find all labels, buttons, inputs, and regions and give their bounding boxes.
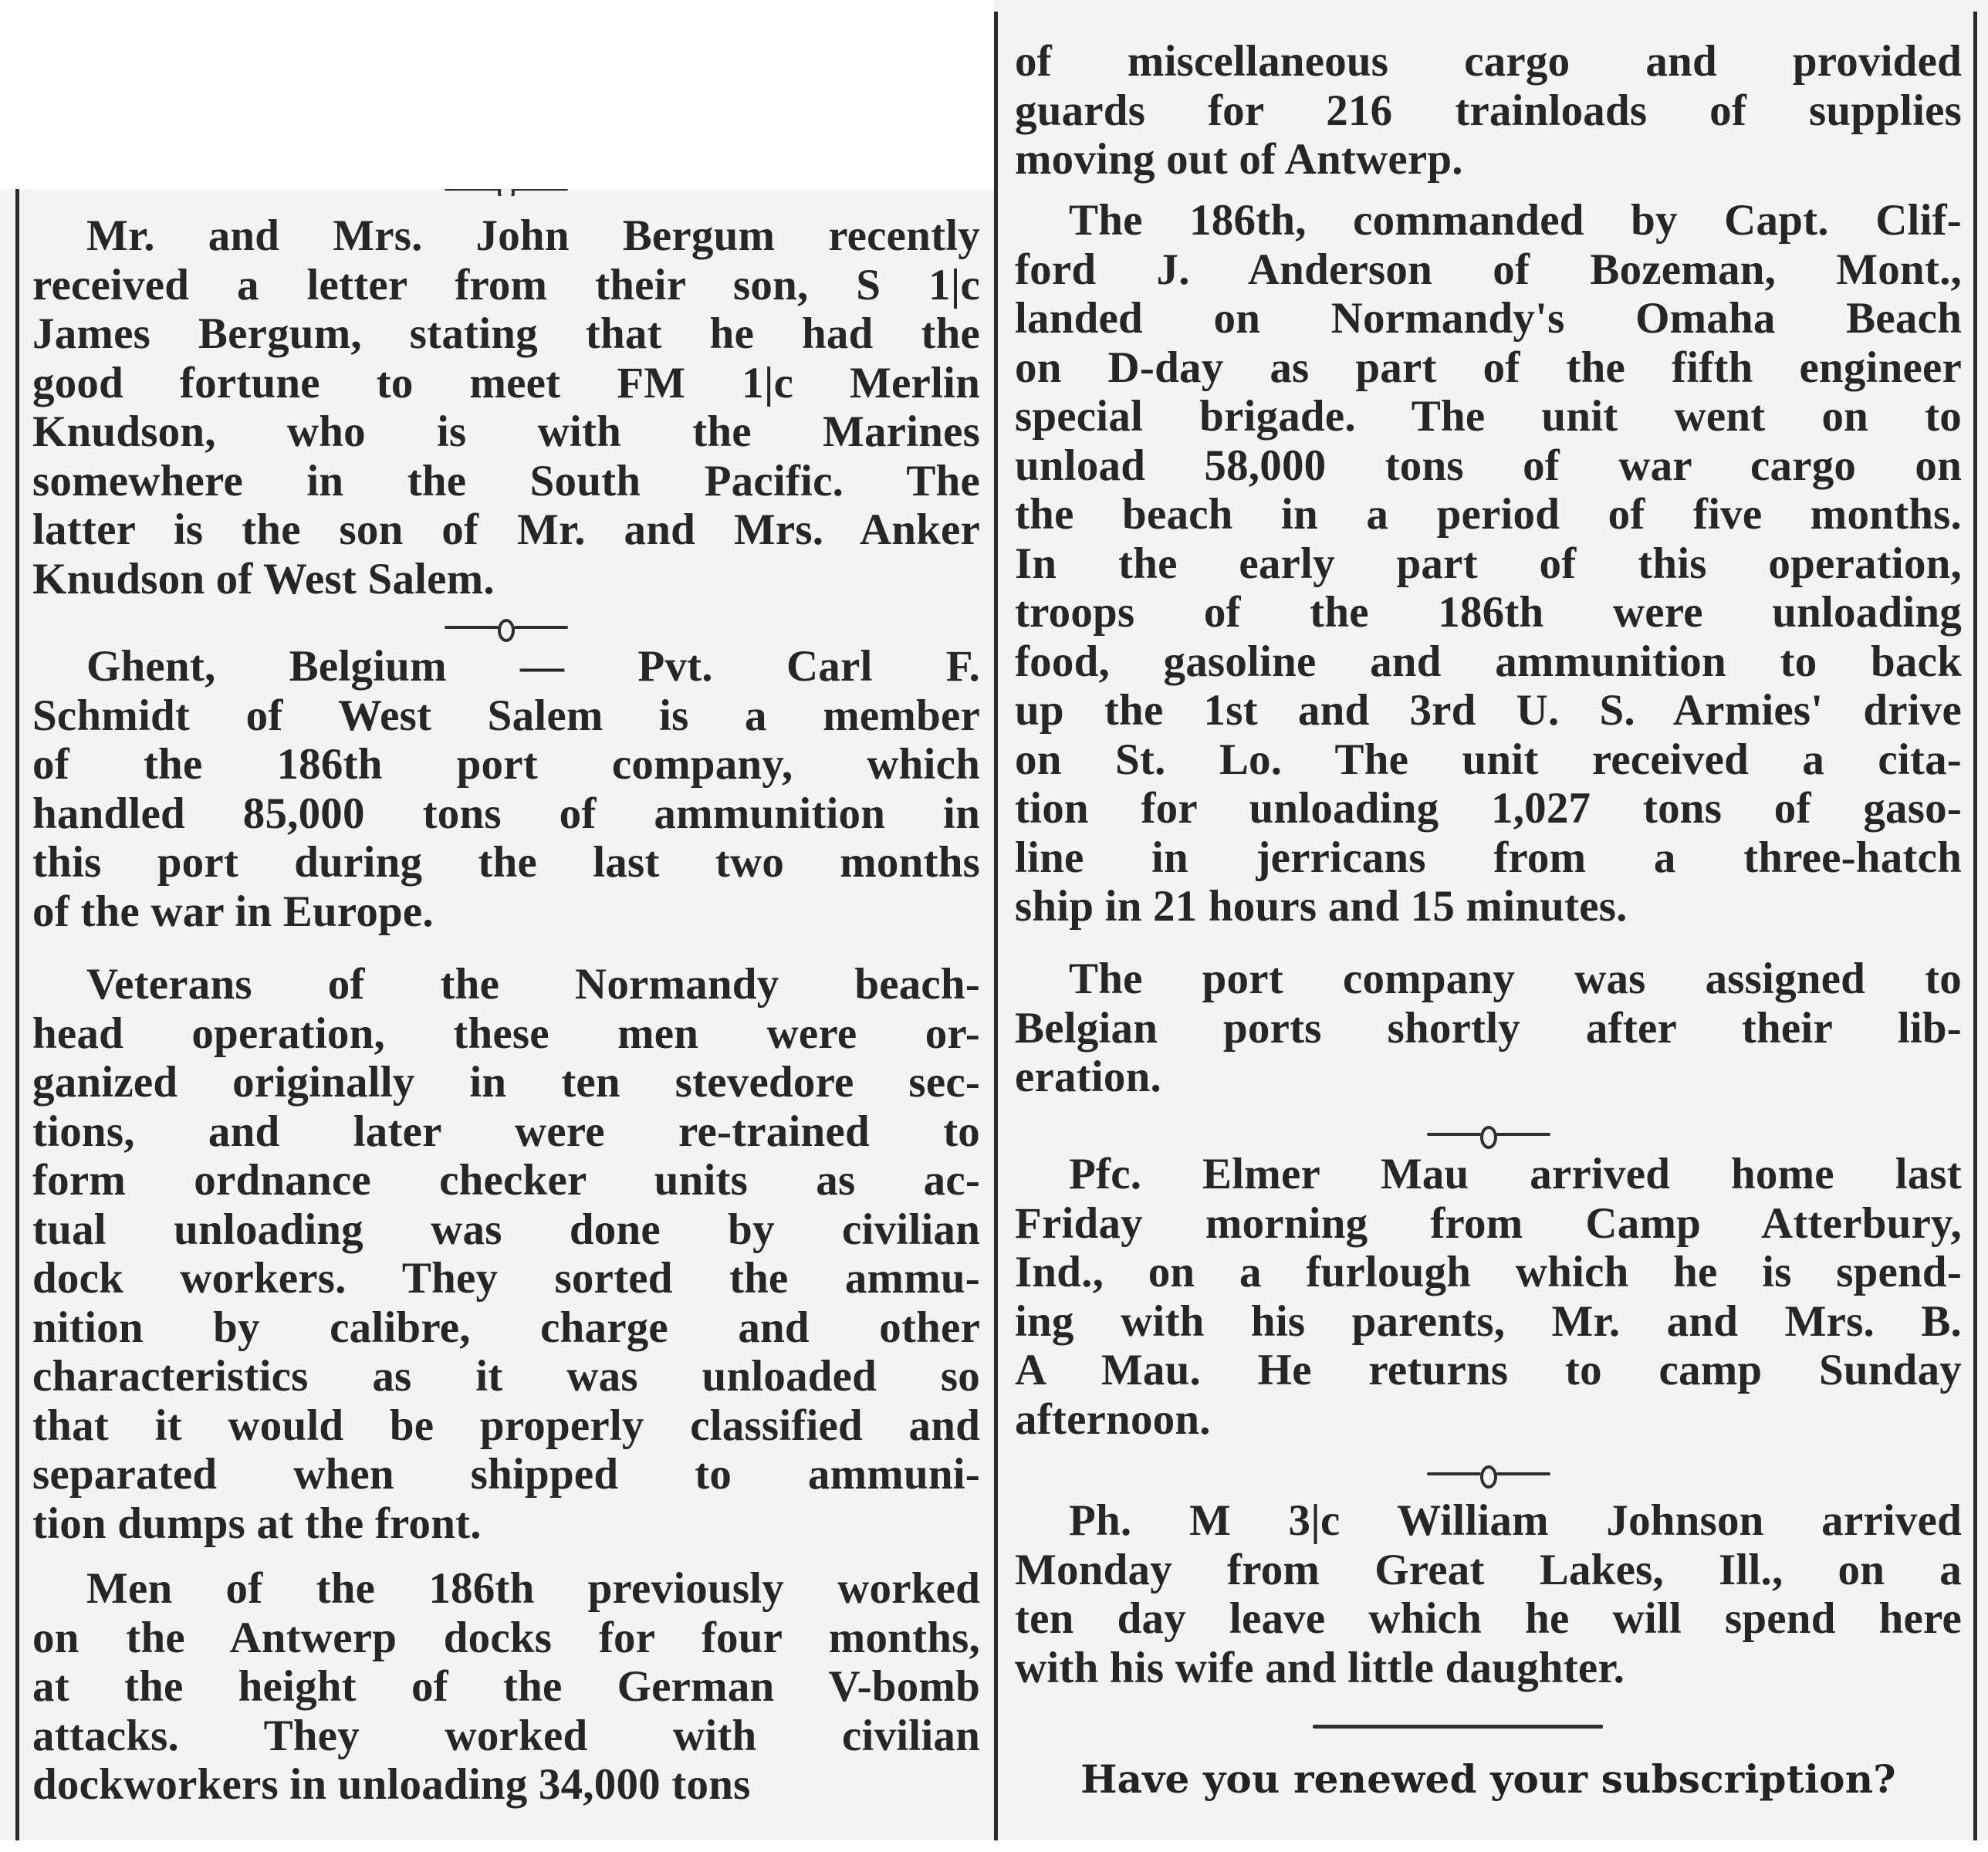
- text-line: moving out of Antwerp.: [1015, 135, 1962, 184]
- text-line: ten day leave which he will spend here: [1015, 1594, 1962, 1644]
- text-line: Ph. M 3|c William Johnson arrived: [1015, 1496, 1962, 1546]
- separator-glyph: [1480, 1465, 1497, 1489]
- separator-glyph: [1496, 1133, 1550, 1136]
- text-line: dockworkers in unloading 34,000 tons: [32, 1760, 980, 1810]
- text-line: A Mau. He returns to camp Sunday: [1015, 1346, 1962, 1395]
- left-column: Mr. and Mrs. John Bergum recentlyreceive…: [32, 0, 980, 1852]
- text-line: Knudson, who is with the Marines: [32, 407, 980, 457]
- separator-glyph: [498, 619, 515, 642]
- separator-glyph: [1427, 1133, 1481, 1136]
- text-line: ship in 21 hours and 15 minutes.: [1015, 882, 1962, 931]
- separator-glyph: [514, 626, 568, 629]
- text-line: on St. Lo. The unit received a cita-: [1015, 735, 1962, 785]
- text-line: tion for unloading 1,027 tons of gaso-: [1015, 784, 1962, 833]
- text-line: this port during the last two months: [32, 838, 980, 887]
- separator-glyph: [1496, 1472, 1550, 1475]
- text-line: landed on Normandy's Omaha Beach: [1015, 294, 1962, 343]
- text-line: The 186th, commanded by Capt. Clif-: [1015, 196, 1962, 245]
- text-line: afternoon.: [1015, 1395, 1962, 1445]
- text-line: guards for 216 trainloads of supplies: [1015, 86, 1962, 136]
- text-line: special brigade. The unit went on to: [1015, 392, 1962, 441]
- text-line: Pfc. Elmer Mau arrived home last: [1015, 1150, 1962, 1199]
- text-line: Belgian ports shortly after their lib-: [1015, 1004, 1962, 1053]
- column-divider-rule: [994, 12, 998, 1840]
- text-line: on D-day as part of the fifth engineer: [1015, 343, 1962, 393]
- section-separator: [445, 182, 568, 196]
- section-separator: [445, 620, 568, 634]
- text-line: Schmidt of West Salem is a member: [32, 691, 980, 741]
- separator-glyph: [1427, 1472, 1481, 1475]
- text-line: the beach in a period of five months.: [1015, 490, 1962, 539]
- text-line: on the Antwerp docks for four months,: [32, 1614, 980, 1663]
- text-line: troops of the 186th were unloading: [1015, 588, 1962, 637]
- text-line: tual unloading was done by civilian: [32, 1205, 980, 1255]
- text-line: dock workers. They sorted the ammu-: [32, 1254, 980, 1303]
- separator-glyph: [1480, 1126, 1497, 1149]
- text-line: Ghent, Belgium — Pvt. Carl F.: [32, 642, 980, 691]
- text-line: at the height of the German V-bomb: [32, 1662, 980, 1712]
- text-line: that it would be properly classified and: [32, 1401, 980, 1451]
- text-line: James Bergum, stating that he had the: [32, 309, 980, 359]
- end-rule: [1313, 1725, 1603, 1729]
- text-line: Friday morning from Camp Atterbury,: [1015, 1199, 1962, 1249]
- text-line: form ordnance checker units as ac-: [32, 1156, 980, 1205]
- separator-glyph: [498, 181, 515, 204]
- text-line: tion dumps at the front.: [32, 1499, 980, 1549]
- text-line: nition by calibre, charge and other: [32, 1303, 980, 1353]
- text-line: The port company was assigned to: [1015, 955, 1962, 1004]
- left-border-rule: [15, 189, 19, 1840]
- section-separator: [1427, 1127, 1550, 1141]
- text-line: Men of the 186th previously worked: [32, 1564, 980, 1614]
- text-line: good fortune to meet FM 1|c Merlin: [32, 359, 980, 408]
- separator-glyph: [445, 626, 499, 629]
- text-line: latter is the son of Mr. and Mrs. Anker: [32, 505, 980, 555]
- text-line: Knudson of West Salem.: [32, 555, 980, 604]
- text-line: Ind., on a furlough which he is spend-: [1015, 1248, 1962, 1297]
- text-line: Veterans of the Normandy beach-: [32, 960, 980, 1009]
- text-line: attacks. They worked with civilian: [32, 1712, 980, 1761]
- text-line: ford J. Anderson of Bozeman, Mont.,: [1015, 245, 1962, 295]
- text-line: up the 1st and 3rd U. S. Armies' drive: [1015, 686, 1962, 735]
- text-line: somewhere in the South Pacific. The: [32, 457, 980, 506]
- text-line: of miscellaneous cargo and provided: [1015, 37, 1962, 86]
- text-line: eration.: [1015, 1053, 1962, 1102]
- text-line: of the war in Europe.: [32, 887, 980, 937]
- separator-glyph: [445, 188, 499, 191]
- text-line: line in jerricans from a three-hatch: [1015, 833, 1962, 883]
- text-line: characteristics as it was unloaded so: [32, 1352, 980, 1401]
- text-line: unload 58,000 tons of war cargo on: [1015, 441, 1962, 491]
- text-line: with his wife and little daughter.: [1015, 1644, 1962, 1693]
- text-line: Mr. and Mrs. John Bergum recently: [32, 211, 980, 261]
- text-line: ing with his parents, Mr. and Mrs. B.: [1015, 1297, 1962, 1347]
- text-line: head operation, these men were or-: [32, 1009, 980, 1059]
- text-line: tions, and later were re-trained to: [32, 1107, 980, 1157]
- right-column: of miscellaneous cargo and providedguard…: [1015, 0, 1962, 1852]
- right-border-rule: [1973, 12, 1977, 1840]
- section-separator: [1427, 1467, 1550, 1481]
- text-line: Monday from Great Lakes, Ill., on a: [1015, 1546, 1962, 1595]
- text-line: ganized originally in ten stevedore sec-: [32, 1058, 980, 1107]
- text-line: In the early part of this operation,: [1015, 539, 1962, 589]
- text-line: received a letter from their son, S 1|c: [32, 261, 980, 310]
- text-line: separated when shipped to ammuni-: [32, 1450, 980, 1499]
- text-line: handled 85,000 tons of ammunition in: [32, 789, 980, 839]
- separator-glyph: [514, 188, 568, 191]
- text-line: of the 186th port company, which: [32, 740, 980, 789]
- subscription-reminder: Have you renewed your subscription?: [1015, 1755, 1962, 1804]
- text-line: food, gasoline and ammunition to back: [1015, 637, 1962, 687]
